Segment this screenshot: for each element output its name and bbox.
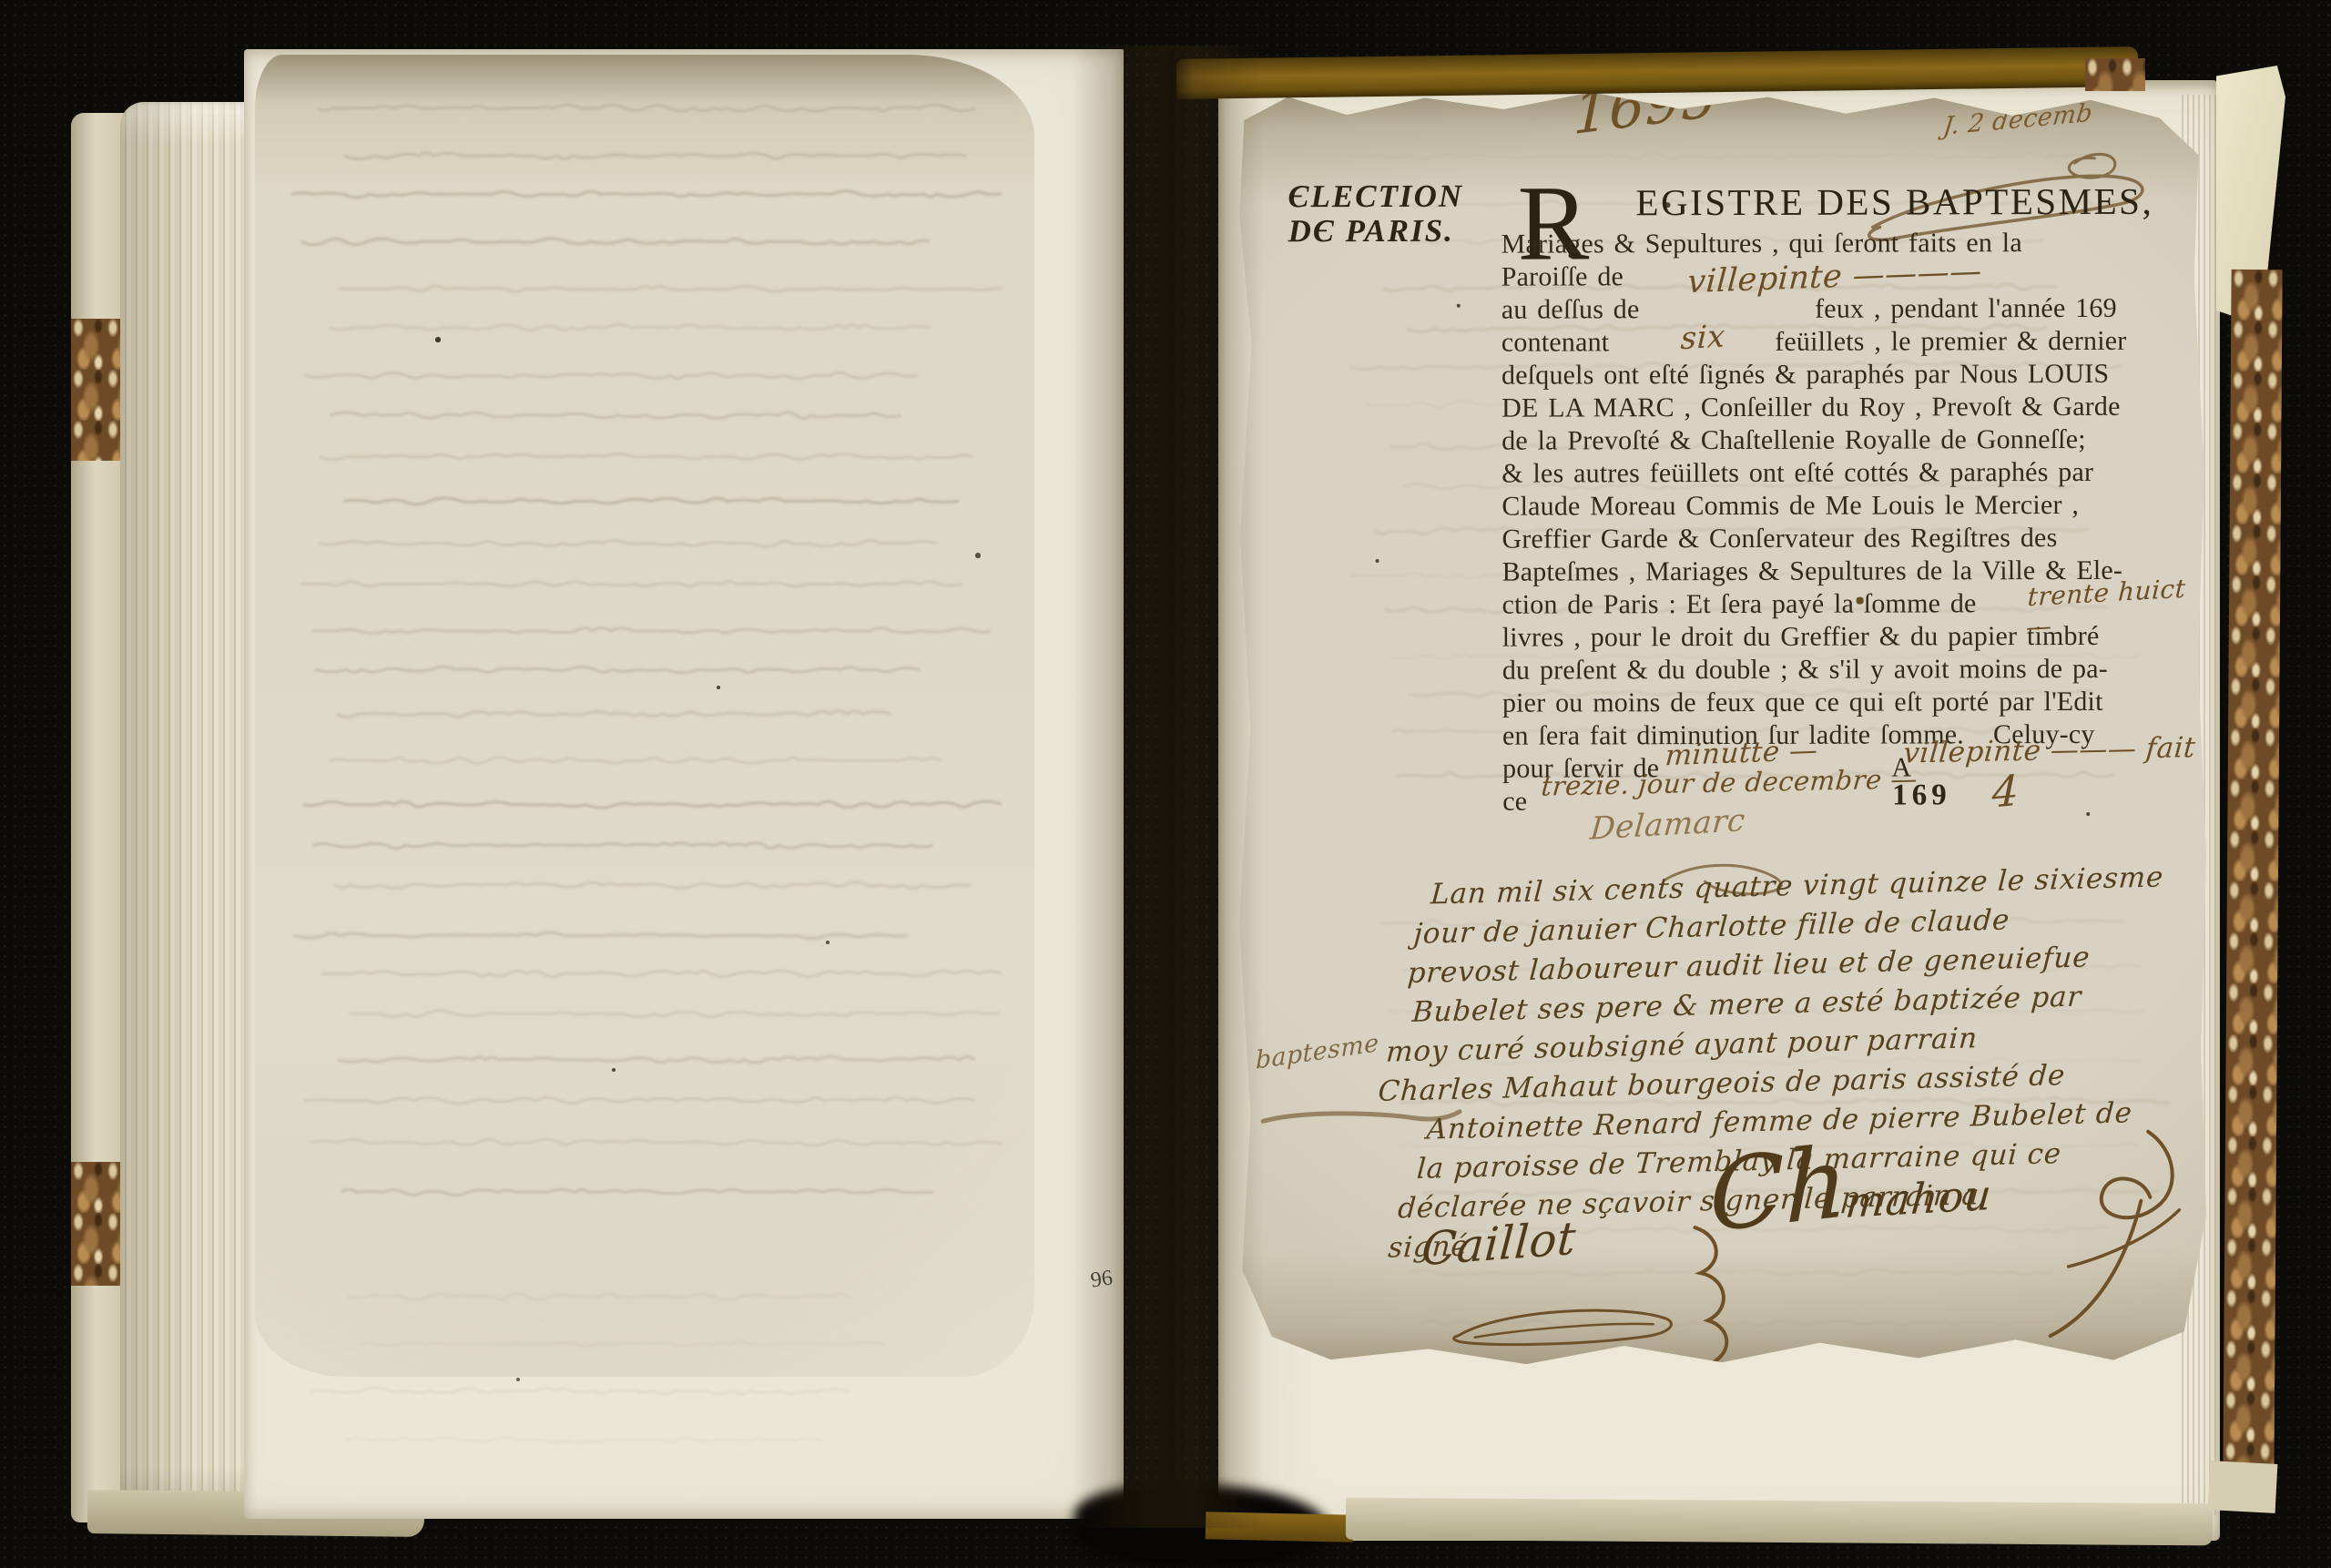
printed-line: DE LA MARC , Conſeiller du Roy , Prevoſt… — [1501, 391, 2127, 425]
board-edge-bottom-right — [2208, 1461, 2278, 1513]
page-block-bottom-edge — [1346, 1498, 2213, 1546]
printed-line: Greffier Garde & Conſervateur des Regiſt… — [1501, 522, 2127, 556]
margin-note-baptesme: baptesme — [1256, 1029, 1379, 1075]
printed-line: du preſent & du double ; & s'il y avoit … — [1502, 653, 2128, 687]
printed-line: pier ou moins de feux que ce qui eſt por… — [1502, 686, 2128, 720]
marbled-cover-chip-top-right — [2085, 58, 2145, 91]
archive-scan-stage: 96 1695 J. 2 decemb ЄLECTION DЄ PARIS. R… — [0, 0, 2331, 1568]
handwritten-somme: trente huict — — [2025, 572, 2209, 642]
printed-line: Claude Moreau Commis de Me Louis le Merc… — [1501, 489, 2127, 524]
left-page: 96 — [244, 49, 1124, 1519]
printed-register-sheet: 1695 J. 2 decemb ЄLECTION DЄ PARIS. R EG… — [1229, 85, 2212, 1373]
printed-line: au deſſus de feux , pendant l'année 169 — [1501, 292, 2127, 327]
handwritten-year-digit: 4 — [1991, 766, 2019, 818]
printed-line: de la Prevoſté & Chaſtellenie Royalle de… — [1501, 423, 2127, 458]
signature-mahou: mahou — [1844, 1170, 1994, 1227]
margin-label-line2: DЄ PARIS. — [1288, 214, 1464, 249]
marbled-cover-edge-right — [2223, 270, 2282, 1473]
signature-initial-ch: Ch — [1709, 1125, 1848, 1255]
printed-line: & les autres feüillets ont eſté cottés &… — [1501, 456, 2127, 491]
marbled-cover-corner-top-left — [71, 319, 126, 461]
binding-bottom-edge — [1206, 1512, 1354, 1542]
paper-specks — [244, 49, 246, 51]
printed-form-body: Mariages & Sepultures , qui ſeront faits… — [1501, 227, 2128, 819]
bleedthrough-texture — [282, 91, 1002, 1216]
page-number: 96 — [1089, 1266, 1115, 1293]
margin-label-election-de-paris: ЄLECTION DЄ PARIS. — [1288, 179, 1463, 249]
handwritten-feuillets-count: six — [1680, 318, 1726, 357]
registrar-signature: Delamarc — [1589, 802, 1747, 848]
handwritten-fait-a: villepinte ——— fait — [1902, 731, 2197, 770]
printed-line: contenant feüillets , le premier & derni… — [1501, 325, 2127, 360]
bleedthrough-texture-lower — [299, 1278, 936, 1465]
handwritten-corner-note: J. 2 decemb — [1941, 99, 2094, 141]
printed-line: Mariages & Sepultures , qui ſeront faits… — [1501, 227, 2127, 261]
right-page: 1695 J. 2 decemb ЄLECTION DЄ PARIS. R EG… — [1218, 80, 2220, 1541]
printed-line: deſquels ont eſté ſignés & paraphés par … — [1501, 358, 2127, 392]
margin-label-line1: ЄLECTION — [1288, 179, 1463, 215]
left-page-stain — [255, 55, 1034, 1377]
register-heading: EGISTRE DES BAPTESMES, — [1635, 179, 2153, 224]
